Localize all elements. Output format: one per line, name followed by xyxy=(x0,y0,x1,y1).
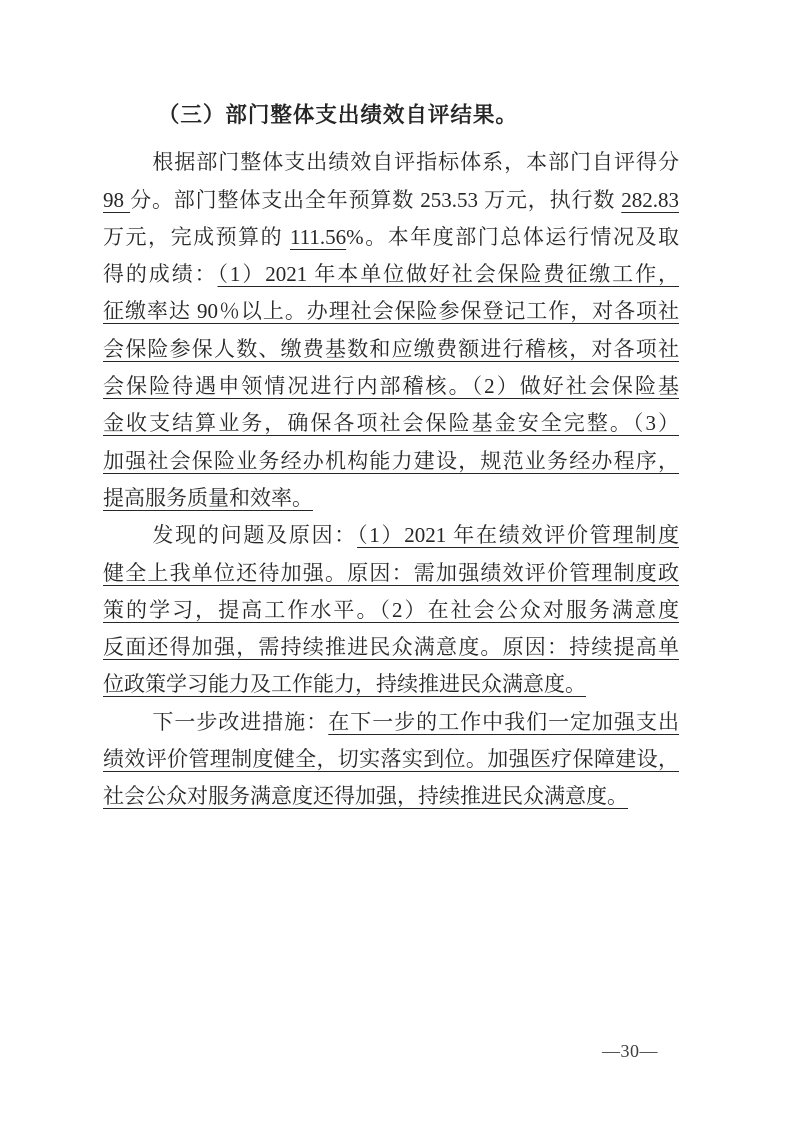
text-line: 位政策学习能力及工作能力，持续推进民众满意度。 xyxy=(103,666,679,703)
text-segment: 万元，完成预算的 xyxy=(103,225,290,249)
underlined-text: 加强社会保险业务经办机构能力建设，规范业务经办程序， xyxy=(103,449,679,473)
text-line: 会保险参保人数、缴费基数和应缴费额进行稽核，对各项社 xyxy=(103,331,679,368)
underlined-text: 位政策学习能力及工作能力，持续推进民众满意度。 xyxy=(103,672,586,696)
text-line: 得的成绩：（1）2021 年本单位做好社会保险费征缴工作， xyxy=(103,256,679,293)
section-heading: （三）部门整体支出绩效自评结果。 xyxy=(103,97,679,134)
text-line: 金收支结算业务，确保各项社会保险基金安全完整。（3） xyxy=(103,405,679,442)
underlined-text: 在下一步的工作中我们一定加强支出 xyxy=(328,710,679,734)
text-line: 征缴率达 90％以上。办理社会保险参保登记工作，对各项社 xyxy=(103,293,679,330)
paragraph: 发现的问题及原因：（1）2021 年在绩效评价管理制度健全上我单位还待加强。原因… xyxy=(103,517,679,703)
page-number: —30— xyxy=(602,1041,658,1061)
text-segment: 分。部门整体支出全年预算数 253.53 万元，执行数 xyxy=(130,188,621,212)
underlined-text: 绩效评价管理制度健全，切实落实到位。加强医疗保障建设， xyxy=(103,747,679,771)
text-line: 健全上我单位还待加强。原因：需加强绩效评价管理制度政 xyxy=(103,555,679,592)
text-segment: 得的成绩： xyxy=(103,262,218,286)
text-line: 发现的问题及原因：（1）2021 年在绩效评价管理制度 xyxy=(103,517,679,554)
paragraph: 下一步改进措施：在下一步的工作中我们一定加强支出绩效评价管理制度健全，切实落实到… xyxy=(103,704,679,816)
text-line: 下一步改进措施：在下一步的工作中我们一定加强支出 xyxy=(103,704,679,741)
text-segment: 发现的问题及原因： xyxy=(152,523,357,547)
underlined-text: 会保险待遇申领情况进行内部稽核。（2）做好社会保险基 xyxy=(103,374,679,398)
text-line: 会保险待遇申领情况进行内部稽核。（2）做好社会保险基 xyxy=(103,368,679,405)
underlined-text: （1）2021 年在绩效评价管理制度 xyxy=(357,523,679,547)
underlined-text: 会保险参保人数、缴费基数和应缴费额进行稽核，对各项社 xyxy=(103,337,679,361)
underlined-text: 98 xyxy=(103,188,130,212)
document-body: （三）部门整体支出绩效自评结果。 根据部门整体支出绩效自评指标体系，本部门自评得… xyxy=(103,97,679,816)
underlined-text: 111.56 xyxy=(290,225,346,249)
text-line: 98 分。部门整体支出全年预算数 253.53 万元，执行数 282.83 xyxy=(103,182,679,219)
text-segment: 下一步改进措施： xyxy=(152,710,328,734)
text-line: 绩效评价管理制度健全，切实落实到位。加强医疗保障建设， xyxy=(103,741,679,778)
underlined-text: 金收支结算业务，确保各项社会保险基金安全完整。（3） xyxy=(103,411,679,435)
paragraph: 根据部门整体支出绩效自评指标体系，本部门自评得分98 分。部门整体支出全年预算数… xyxy=(103,144,679,517)
text-line: 社会公众对服务满意度还得加强，持续推进民众满意度。 xyxy=(103,778,679,815)
underlined-text: 社会公众对服务满意度还得加强，持续推进民众满意度。 xyxy=(103,784,628,808)
underlined-text: 健全上我单位还待加强。原因：需加强绩效评价管理制度政 xyxy=(103,561,679,585)
text-line: 加强社会保险业务经办机构能力建设，规范业务经办程序， xyxy=(103,443,679,480)
text-line: 提高服务质量和效率。 xyxy=(103,480,679,517)
text-line: 反面还得加强，需持续推进民众满意度。原因：持续提高单 xyxy=(103,629,679,666)
text-line: 策的学习，提高工作水平。（2）在社会公众对服务满意度 xyxy=(103,592,679,629)
underlined-text: 提高服务质量和效率。 xyxy=(103,486,313,510)
underlined-text: 征缴率达 90％以上。办理社会保险参保登记工作，对各项社 xyxy=(103,299,679,323)
text-segment: 根据部门整体支出绩效自评指标体系，本部门自评得分 xyxy=(152,150,679,174)
underlined-text: 反面还得加强，需持续推进民众满意度。原因：持续提高单 xyxy=(103,635,679,659)
text-segment: %。本年度部门总体运行情况及取 xyxy=(346,225,679,249)
underlined-text: 策的学习，提高工作水平。（2）在社会公众对服务满意度 xyxy=(103,598,679,622)
document-page: （三）部门整体支出绩效自评结果。 根据部门整体支出绩效自评指标体系，本部门自评得… xyxy=(0,0,793,1122)
underlined-text: （1）2021 年本单位做好社会保险费征缴工作， xyxy=(218,262,679,286)
underlined-text: 282.83 xyxy=(621,188,679,212)
text-line: 根据部门整体支出绩效自评指标体系，本部门自评得分 xyxy=(103,144,679,181)
text-line: 万元，完成预算的 111.56%。本年度部门总体运行情况及取 xyxy=(103,219,679,256)
